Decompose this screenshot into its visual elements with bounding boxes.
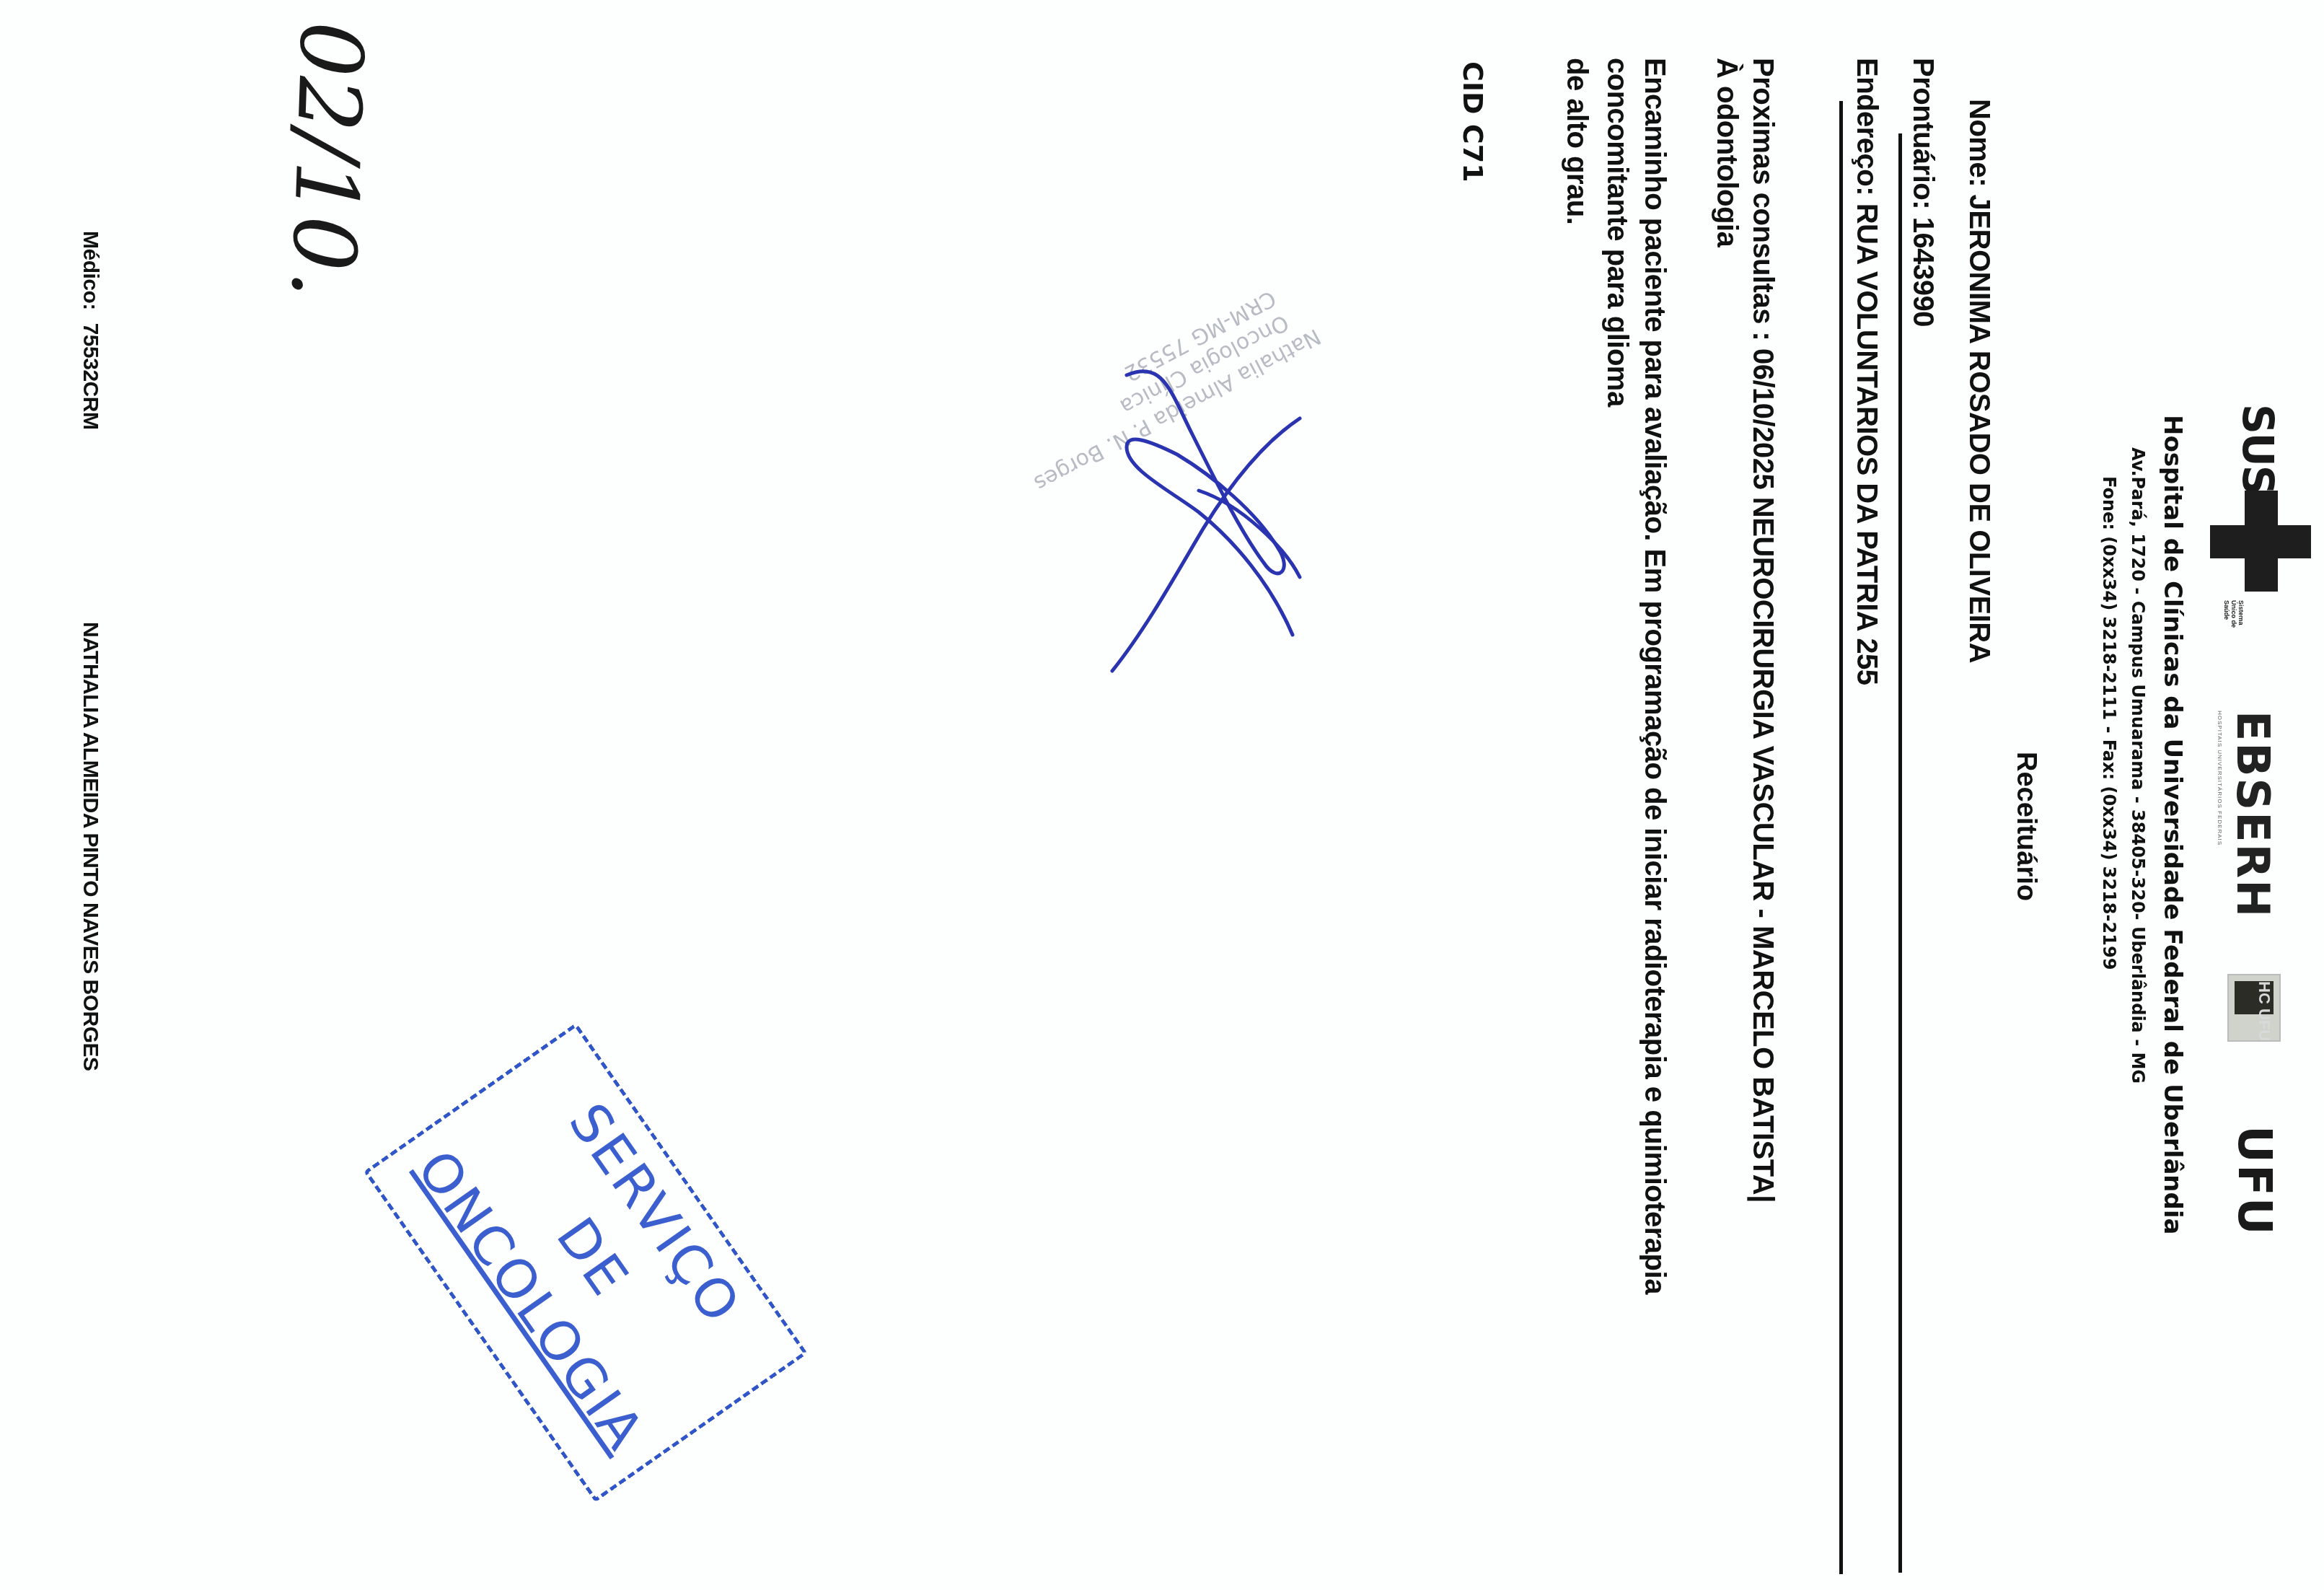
ebserh-logo-text: EBSERH [2227, 711, 2279, 918]
hospital-name: Hospital de Clínicas da Universidade Fed… [2158, 415, 2187, 1235]
hospital-contact: Fone: (0xx34) 3218-2111 - Fax: (0xx34) 3… [2099, 476, 2119, 970]
doctor-crm-value: 75532CRM [79, 323, 102, 430]
hospital-address: Av.Pará, 1720 - Campus Umuarama - 38405-… [2128, 447, 2148, 1084]
record-number-row: Prontuário: 1643990 [1906, 58, 1939, 327]
document-title: Receituário [2010, 752, 2041, 901]
dentistry-referral: À odontologia [1710, 58, 1743, 247]
cid-code: CID C71 [1457, 61, 1489, 183]
oncology-service-stamp: SERVIÇO DE ONCOLOGIA [364, 1022, 808, 1502]
address-value: RUA VOLUNTARIOS DA PATRIA 255 [1851, 203, 1883, 685]
referral-line-1: Encaminho paciente para avaliação. Em pr… [1638, 58, 1671, 1294]
record-number-rule [1898, 133, 1902, 1573]
patient-name-row: Nome: JERONIMA ROSADO DE OLIVEIRA [1963, 99, 1995, 663]
ufu-logo-text: UFU [2227, 1125, 2281, 1237]
next-appointments: Proximas consultas : 06/10/2025 NEUROCIR… [1746, 58, 1779, 1203]
prescription-page: SUS Sistema Único de Saúde EBSERH HOSPIT… [0, 0, 2324, 1590]
record-number-label: Prontuário: [1907, 58, 1939, 209]
ebserh-logo: EBSERH [2227, 711, 2279, 918]
address-row: Endereço: RUA VOLUNTARIOS DA PATRIA 255 [1850, 58, 1883, 685]
patient-name-value: JERONIMA ROSADO DE OLIVEIRA [1963, 195, 1995, 664]
ufu-logo: UFU [2227, 1125, 2281, 1237]
sus-logo: SUS [2233, 404, 2282, 494]
patient-name-label: Nome: [1963, 99, 1995, 187]
hc-ufu-logo: HC UFU [2227, 974, 2281, 1042]
doctor-crm-label: Médico: [79, 231, 102, 310]
address-label: Endereço: [1851, 58, 1883, 196]
referral-line-3: de alto grau. [1560, 58, 1593, 224]
record-number-value: 1643990 [1907, 217, 1939, 327]
cross-icon [2210, 491, 2311, 592]
sus-logo-text: SUS [2233, 404, 2282, 494]
sus-subtitle: Sistema Único de Saúde [2223, 600, 2245, 644]
handwritten-date: 02/10. [271, 20, 381, 301]
signature [1098, 346, 1343, 693]
referral-line-2: concomitante para glioma [1601, 58, 1633, 407]
hc-ufu-logo-text: HC UFU [2235, 981, 2274, 1014]
handwritten-date-text: 02/10. [271, 20, 381, 301]
doctor-name: NATHALIA ALMEIDA PINTO NAVES BORGES [78, 622, 102, 1071]
ebserh-subtitle: HOSPITAIS UNIVERSITÁRIOS FEDERAIS [2217, 711, 2223, 845]
doctor-crm-row: Médico: 75532CRM [78, 231, 102, 429]
address-rule [1839, 101, 1843, 1574]
